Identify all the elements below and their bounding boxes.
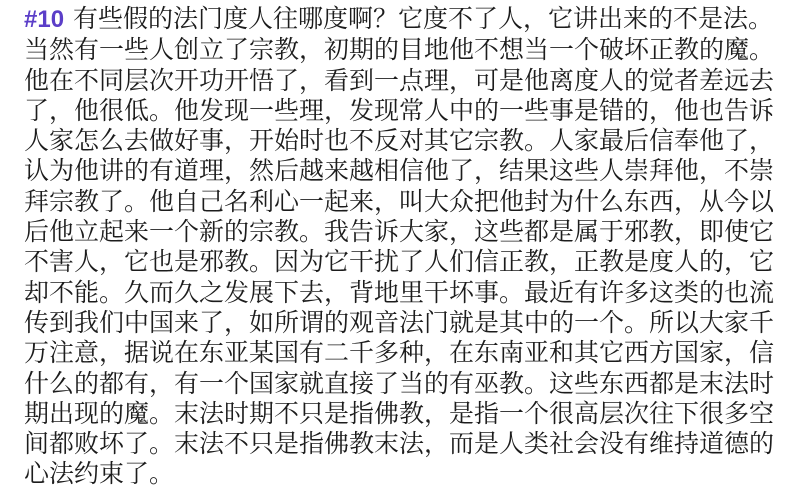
- paragraph-line: #10有些假的法门度人往哪度啊？它度不了人，它讲出来的不是法。: [24, 4, 778, 35]
- paragraph-line: 后他立起来一个新的宗教。我告诉大家，这些都是属于邪教，即使它: [24, 217, 778, 247]
- paragraph-line: 当然有一些人创立了宗教，初期的目地他不想当一个破坏正教的魔。: [24, 35, 778, 65]
- paragraph-text: 有些假的法门度人往哪度啊？它度不了人，它讲出来的不是法。: [73, 5, 773, 33]
- entry-number-label: #10: [24, 6, 64, 33]
- paragraph-line: 却不能。久而久之发展下去，背地里干坏事。最近有许多这类的也流: [24, 278, 778, 308]
- paragraph-line: 心法约束了。: [24, 459, 778, 489]
- paragraph-line: 他在不同层次开功开悟了，看到一点理，可是他离度人的觉者差远去: [24, 66, 778, 96]
- paragraph-line: 不害人，它也是邪教。因为它干扰了人们信正教，正教是度人的，它: [24, 247, 778, 277]
- paragraph-line: 拜宗教了。他自己名利心一起来，叫大众把他封为什么东西，从今以: [24, 187, 778, 217]
- paragraph-line: 了，他很低。他发现一些理，发现常人中的一些事是错的，他也告诉: [24, 96, 778, 126]
- paragraph-line: 期出现的魔。末法时期不只是指佛教，是指一个很高层次往下很多空: [24, 399, 778, 429]
- paragraph-line: 传到我们中国来了，如所谓的观音法门就是其中的一个。所以大家千: [24, 308, 778, 338]
- paragraph-line: 万注意，据说在东亚某国有二千多种，在东南亚和其它西方国家，信: [24, 338, 778, 368]
- paragraph-line: 什么的都有，有一个国家就直接了当的有巫教。这些东西都是末法时: [24, 369, 778, 399]
- paragraph-line: 人家怎么去做好事，开始时也不反对其它宗教。人家最后信奉他了，: [24, 126, 778, 156]
- paragraph-line: 间都败坏了。末法不只是指佛教末法，而是人类社会没有维持道德的: [24, 429, 778, 459]
- document-page: #10有些假的法门度人往哪度啊？它度不了人，它讲出来的不是法。 当然有一些人创立…: [0, 0, 800, 490]
- paragraph-line: 认为他讲的有道理，然后越来越相信他了，结果这些人崇拜他，不崇: [24, 156, 778, 186]
